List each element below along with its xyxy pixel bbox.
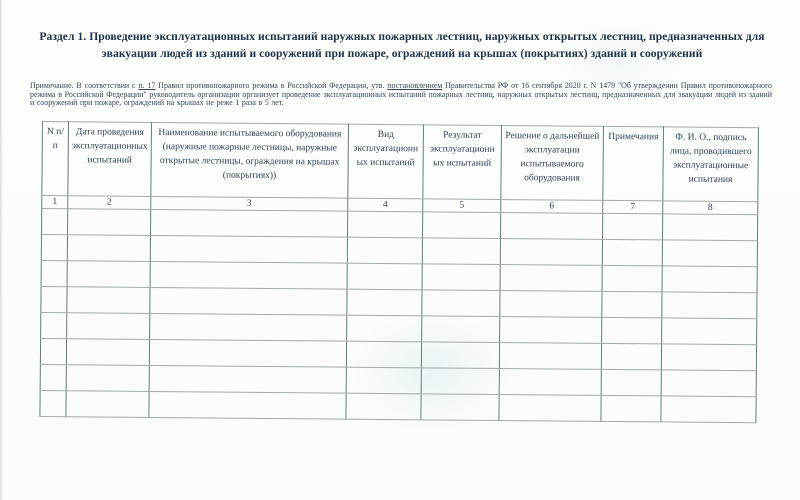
- table-cell: [602, 239, 662, 266]
- table-cell: [41, 260, 67, 286]
- column-number: 7: [603, 200, 663, 214]
- col-header-equipment: Наименование испытываемого оборудования …: [151, 122, 349, 198]
- inspection-log-table: N п/п Дата проведения эксплуатационных и…: [39, 121, 759, 423]
- scanned-document-page: Раздел 1. Проведение эксплуатационных ис…: [0, 0, 800, 500]
- col-header-test-result: Результат эксплуатационных испытаний: [423, 125, 502, 200]
- table-cell: [422, 212, 500, 239]
- table-cell: [346, 367, 421, 394]
- scan-edge-artifact: [0, 0, 3, 500]
- table-cell: [500, 265, 602, 292]
- table-cell: [422, 238, 500, 265]
- table-cell: [661, 370, 756, 397]
- table-cell: [149, 339, 346, 367]
- col-header-test-date: Дата проведения эксплуатационных испытан…: [68, 122, 152, 197]
- table-cell: [421, 394, 499, 421]
- table-cell: [66, 391, 149, 418]
- table-cell: [422, 316, 500, 343]
- table-cell: [40, 390, 66, 416]
- col-header-decision: Решение о дальнейшей эксплуатации испыты…: [501, 126, 604, 201]
- table-cell: [66, 339, 149, 366]
- column-number: 5: [423, 199, 501, 213]
- table-cell: [500, 291, 602, 318]
- table-cell: [602, 265, 662, 292]
- table-cell: [149, 365, 346, 393]
- table-cell: [662, 318, 757, 345]
- table-cell: [41, 312, 67, 338]
- col-header-tester-name: Ф. И. О., подпись лица, проводившего экс…: [663, 127, 759, 202]
- table-cell: [347, 289, 422, 316]
- table-cell: [150, 287, 347, 315]
- table-cell: [41, 286, 67, 312]
- table-cell: [67, 261, 150, 288]
- table-cell: [67, 287, 150, 314]
- note-paragraph: Примечание. В соответствии с п. 17 Прави…: [30, 82, 772, 108]
- table-cell: [346, 341, 421, 368]
- table-cell: [499, 394, 601, 421]
- table-cell: [421, 342, 499, 369]
- table-cell: [602, 213, 662, 240]
- table-cell: [40, 364, 66, 390]
- table-cell: [150, 235, 347, 263]
- table-cell: [422, 290, 500, 317]
- table-cell: [347, 237, 422, 264]
- column-number: 4: [348, 198, 423, 212]
- table-cell: [662, 214, 757, 241]
- table-body: [40, 209, 758, 423]
- column-number: 2: [68, 196, 151, 210]
- table-cell: [67, 313, 150, 340]
- table-cell: [42, 209, 68, 235]
- table-cell: [602, 291, 662, 318]
- table-cell: [347, 315, 422, 342]
- table-cell: [500, 317, 602, 344]
- col-header-test-type: Вид эксплуатационных испытаний: [348, 124, 424, 199]
- table-cell: [150, 261, 347, 289]
- table-cell: [149, 391, 346, 419]
- table-cell: [150, 313, 347, 341]
- table-cell: [601, 343, 661, 370]
- table-cell: [662, 266, 757, 293]
- col-header-row-number: N п/п: [42, 122, 69, 196]
- table-cell: [500, 239, 602, 266]
- table-cell: [601, 369, 661, 396]
- section-title: Раздел 1. Проведение эксплуатационных ис…: [38, 29, 766, 62]
- table-cell: [347, 211, 422, 238]
- table-cell: [661, 344, 756, 371]
- table-cell: [662, 240, 757, 267]
- table-cell: [41, 235, 67, 261]
- column-number: 1: [42, 196, 68, 209]
- table-cell: [601, 395, 661, 422]
- table-cell: [151, 209, 348, 237]
- col-header-notes: Примечания: [603, 126, 664, 201]
- table-cell: [347, 263, 422, 290]
- column-number: 6: [501, 200, 603, 214]
- table-row: [40, 390, 756, 422]
- column-number: 8: [663, 201, 758, 215]
- table-cell: [602, 317, 662, 344]
- table-cell: [662, 292, 757, 319]
- table-cell: [67, 235, 150, 262]
- table-cell: [68, 209, 151, 236]
- table-cell: [499, 369, 601, 396]
- table-cell: [661, 396, 756, 423]
- table-cell: [500, 213, 602, 240]
- table-cell: [66, 365, 149, 392]
- table-cell: [421, 368, 499, 395]
- table-cell: [40, 338, 66, 364]
- table-cell: [499, 343, 601, 370]
- table-header-row: N п/п Дата проведения эксплуатационных и…: [42, 122, 759, 202]
- table-cell: [422, 264, 500, 291]
- table-cell: [346, 393, 421, 420]
